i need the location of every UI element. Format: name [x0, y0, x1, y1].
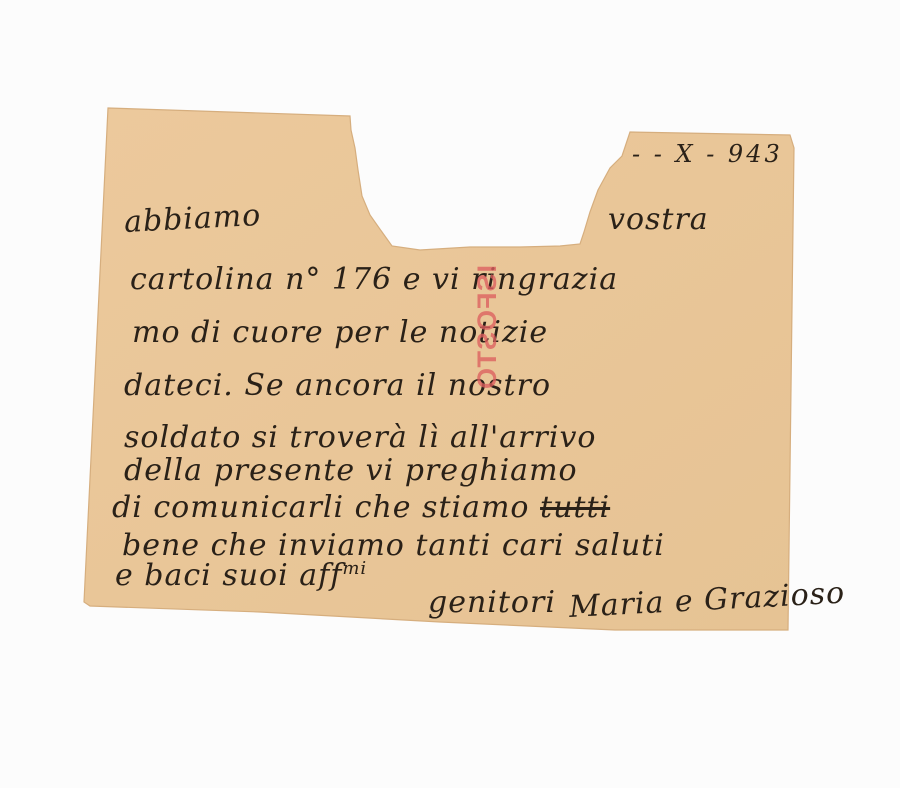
- censorship-stamp: ISFOSTO: [474, 265, 500, 420]
- date-text: - - X - 943: [632, 140, 783, 168]
- line-5: soldato si troverà lì all'arrivo: [124, 420, 596, 455]
- line-9: e baci suoi affmi: [115, 558, 367, 593]
- line-1-left: abbiamo: [123, 198, 262, 240]
- line-6: della presente vi preghiamo: [124, 453, 578, 488]
- line-9-superscript: mi: [342, 558, 367, 579]
- line-7-main: di comunicarli che stiamo: [112, 490, 530, 525]
- line-7: di comunicarli che stiamo tutti: [112, 490, 610, 525]
- line-2: cartolina n° 176 e vi ringrazia: [130, 262, 618, 297]
- line-1-right: vostra: [608, 202, 709, 237]
- signature-genitori: genitori: [428, 585, 556, 620]
- scan-background: - - X - 943 abbiamo vostra cartolina n° …: [0, 0, 900, 788]
- line-9-main: e baci suoi aff: [115, 558, 342, 593]
- line-7-struck-word: tutti: [540, 490, 610, 525]
